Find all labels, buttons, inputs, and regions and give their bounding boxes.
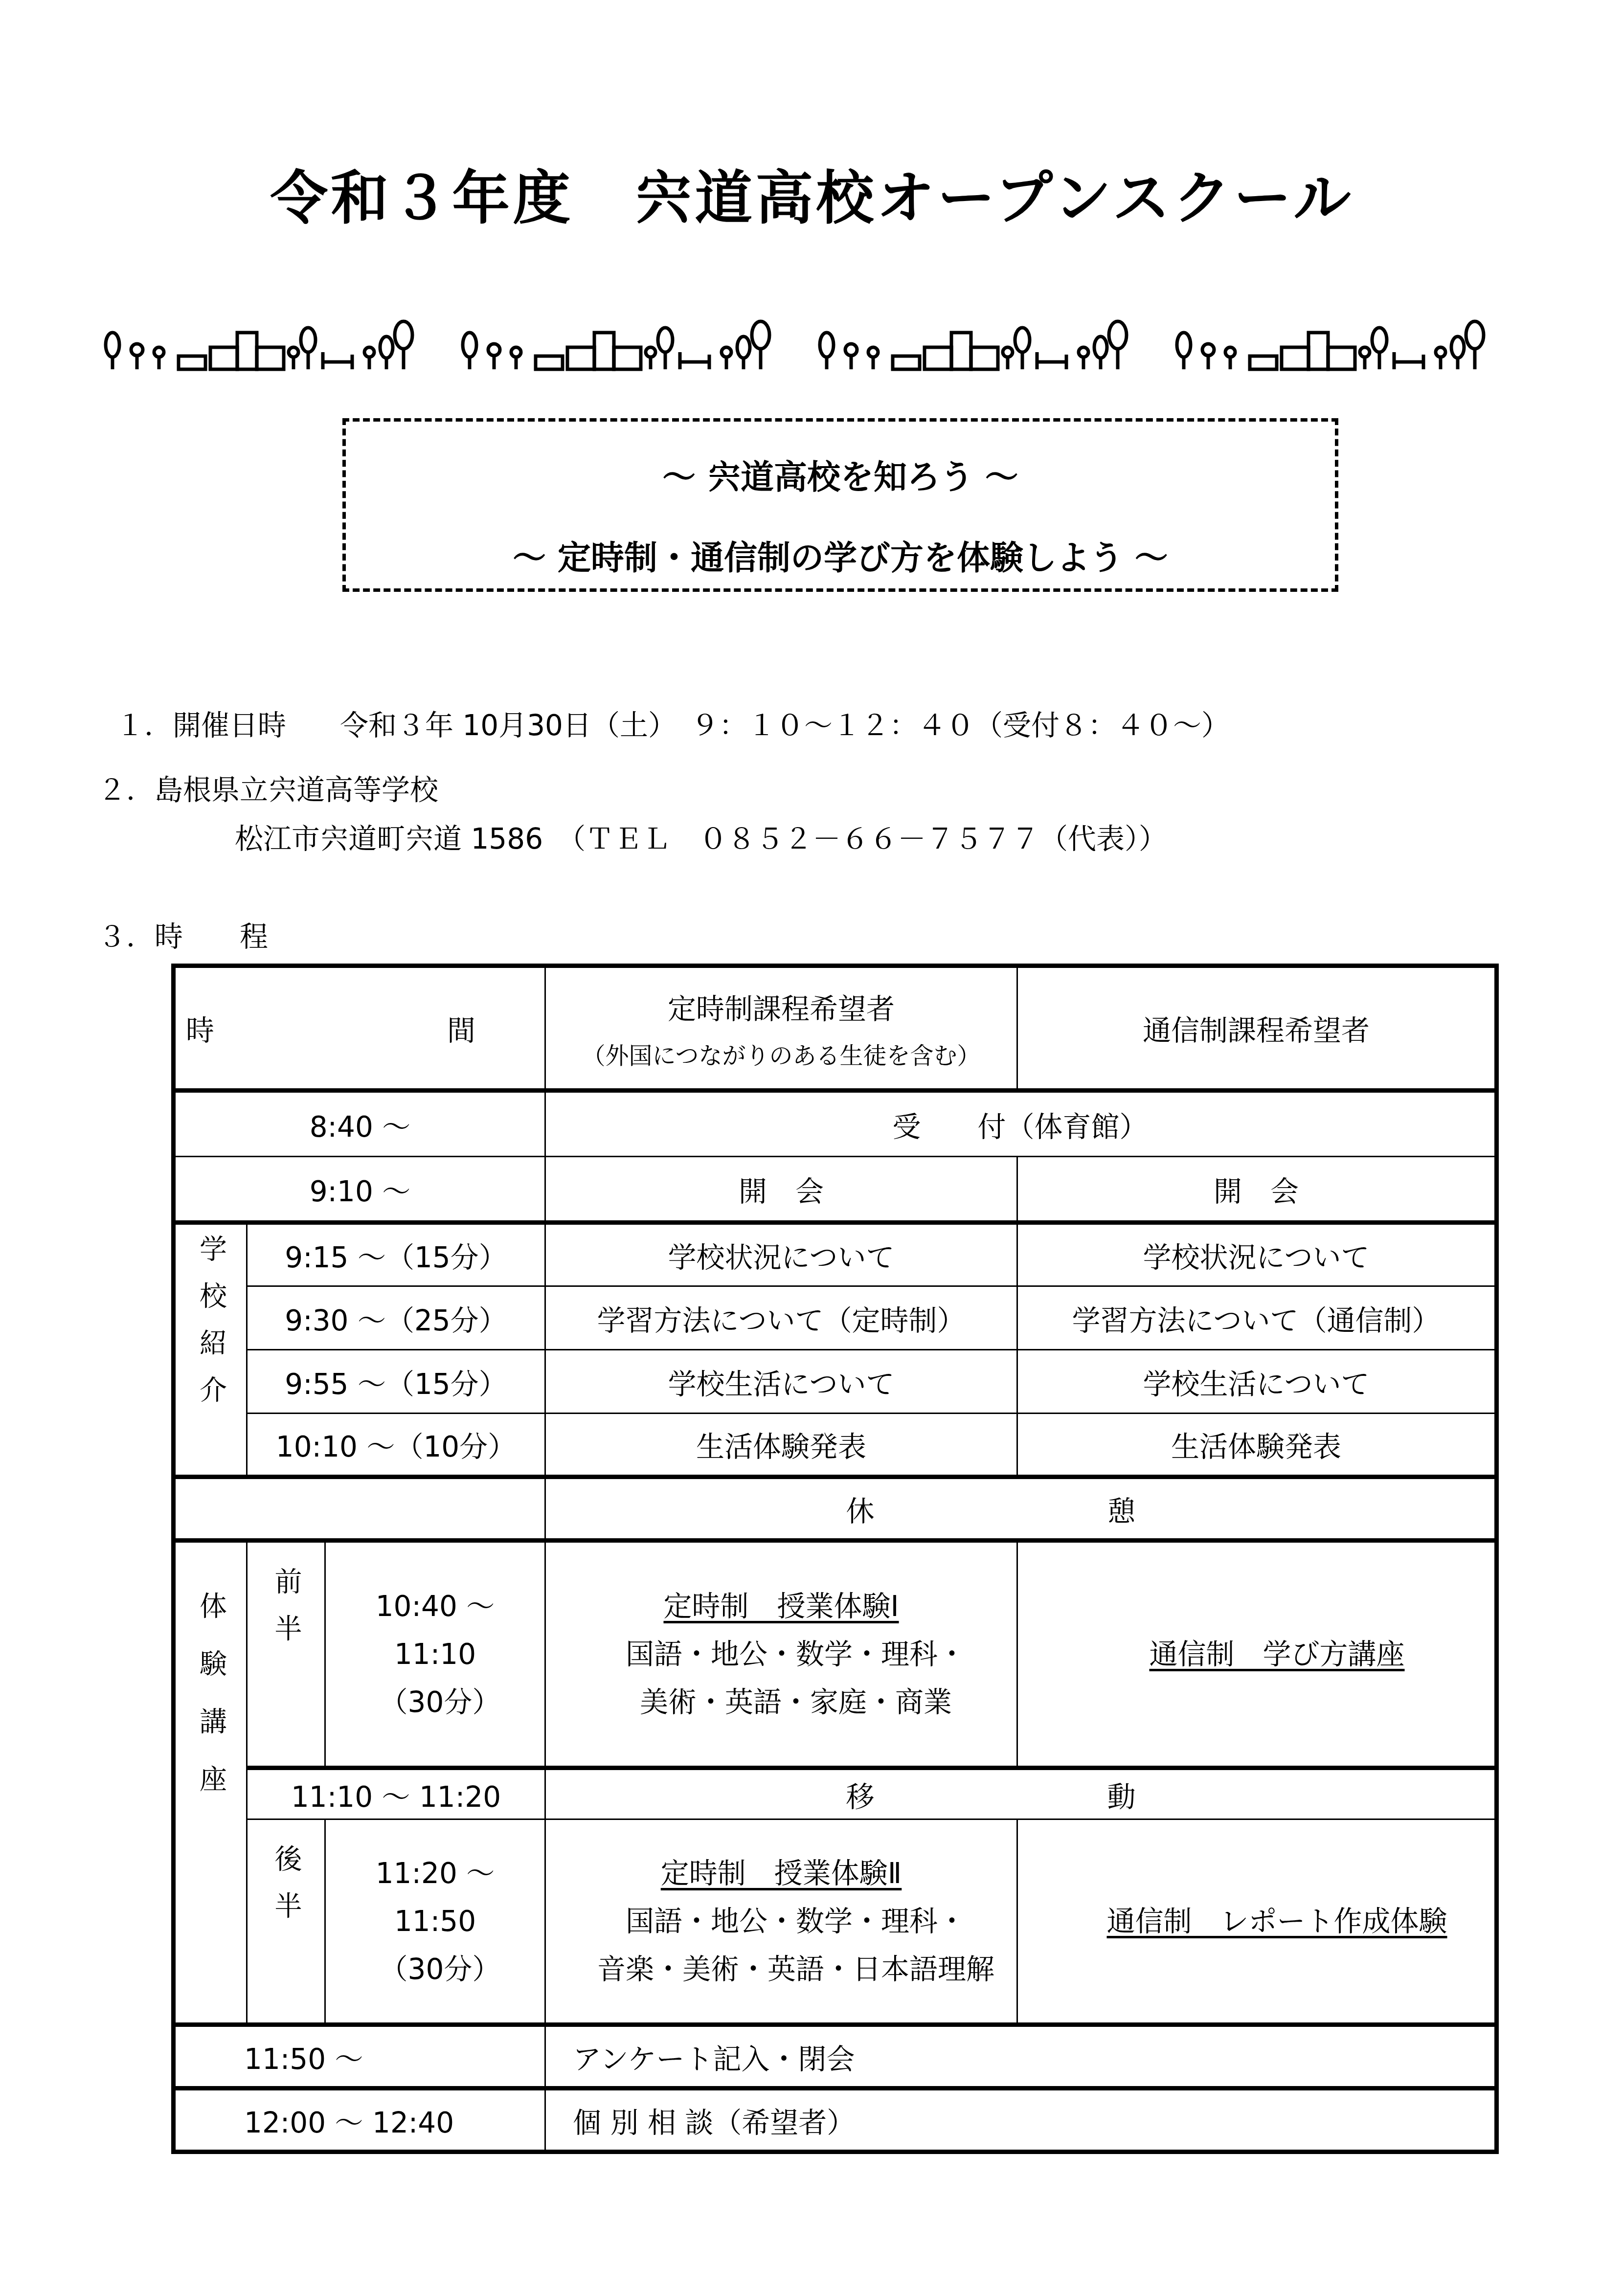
subtitle-line-2: ～ 定時制・通信制の学び方を体験しよう ～ [346, 532, 1335, 579]
intro-teijisei: 学校生活について [545, 1350, 1017, 1414]
intro-teijisei: 生活体験発表 [545, 1414, 1017, 1477]
intro-teijisei: 学習方法について（定時制） [545, 1286, 1017, 1350]
second-half-teijisei: 定時制 授業体験Ⅱ 国語・地公・数学・理科・ 音楽・美術・英語・日本語理解 [545, 1819, 1017, 2025]
opening-tsushinsei: 開 会 [1017, 1157, 1497, 1223]
first-half-time: 10:40 ～ 11:10 （30分） [325, 1541, 545, 1768]
table-row: 9:55 ～（15分） 学校生活について 学校生活について [174, 1350, 1497, 1414]
event-datetime: 令和３年 10月30日（土） ９：１０～１２：４０（受付８：４０～） [340, 709, 1230, 742]
first-half-tsushinsei: 通信制 学び方講座 [1017, 1541, 1497, 1768]
table-row: 9:30 ～（25分） 学習方法について（定時制） 学習方法について（通信制） [174, 1286, 1497, 1350]
intro-time: 10:10 ～（10分） [247, 1414, 545, 1477]
opening-teijisei: 開 会 [545, 1157, 1017, 1223]
table-header-row: 時 間 定時制課程希望者 （外国につながりのある生徒を含む） 通信制課程希望者 [174, 966, 1497, 1091]
closing-time: 11:50 ～ [174, 2025, 545, 2088]
intro-tsushinsei: 学校状況について [1017, 1223, 1497, 1286]
consultation-text: 個 別 相 談（希望者） [545, 2088, 1497, 2152]
reception-time: 8:40 ～ [174, 1091, 545, 1157]
school-and-trees-border-icon [98, 318, 1526, 372]
table-row: 学校紹介 9:15 ～（15分） 学校状況について 学校状況について [174, 1223, 1497, 1286]
header-teijisei: 定時制課程希望者 （外国につながりのある生徒を含む） [545, 966, 1017, 1091]
school-address: 松江市宍道町宍道 1586 （ＴＥＬ ０８５２－６６－７５７７（代表）） [235, 816, 1167, 857]
table-row: 9:10 ～ 開 会 開 会 [174, 1157, 1497, 1223]
closing-text: アンケート記入・閉会 [545, 2025, 1497, 2088]
section-1: １．開催日時令和３年 10月30日（土） ９：１０～１２：４０（受付８：４０～） [98, 669, 1230, 743]
first-half-teijisei: 定時制 授業体験Ⅰ 国語・地公・数学・理科・ 美術・英語・家庭・商業 [545, 1541, 1017, 1768]
intro-tsushinsei: 学校生活について [1017, 1350, 1497, 1414]
trial-label: 体験講座 [174, 1541, 247, 2025]
table-row: 後半 11:20 ～ 11:50 （30分） 定時制 授業体験Ⅱ 国語・地公・数… [174, 1819, 1497, 2025]
second-half-label: 後半 [247, 1819, 325, 2025]
move-text: 移 動 [545, 1768, 1497, 1819]
school-intro-label: 学校紹介 [174, 1223, 247, 1477]
first-half-label: 前半 [247, 1541, 325, 1768]
page-title: 令和３年度 宍道高校オープンスクール [0, 152, 1624, 235]
table-row: 10:10 ～（10分） 生活体験発表 生活体験発表 [174, 1414, 1497, 1477]
second-half-tsushinsei: 通信制 レポート作成体験 [1017, 1819, 1497, 2025]
intro-teijisei: 学校状況について [545, 1223, 1017, 1286]
opening-time: 9:10 ～ [174, 1157, 545, 1223]
intro-time: 9:15 ～（15分） [247, 1223, 545, 1286]
header-tsushinsei: 通信制課程希望者 [1017, 966, 1497, 1091]
section-3-label: ３．時 程 [98, 914, 268, 955]
move-time: 11:10 ～ 11:20 [247, 1768, 545, 1819]
intro-tsushinsei: 生活体験発表 [1017, 1414, 1497, 1477]
table-row: 体験講座 前半 10:40 ～ 11:10 （30分） 定時制 授業体験Ⅰ 国語… [174, 1541, 1497, 1768]
table-row: 12:00 ～ 12:40 個 別 相 談（希望者） [174, 2088, 1497, 2152]
reception-text: 受 付（体育館） [545, 1091, 1497, 1157]
break-time-empty [174, 1477, 545, 1541]
table-row: 11:50 ～ アンケート記入・閉会 [174, 2025, 1497, 2088]
break-text: 休 憩 [545, 1477, 1497, 1541]
subtitle-box: ～ 宍道高校を知ろう ～ ～ 定時制・通信制の学び方を体験しよう ～ [342, 418, 1338, 592]
table-row: 休 憩 [174, 1477, 1497, 1541]
section-1-label: １．開催日時 [116, 709, 286, 742]
header-time: 時 間 [174, 966, 545, 1091]
intro-time: 9:30 ～（25分） [247, 1286, 545, 1350]
second-half-time: 11:20 ～ 11:50 （30分） [325, 1819, 545, 2025]
subtitle-line-1: ～ 宍道高校を知ろう ～ [346, 451, 1335, 498]
intro-time: 9:55 ～（15分） [247, 1350, 545, 1414]
intro-tsushinsei: 学習方法について（通信制） [1017, 1286, 1497, 1350]
section-2-label: ２．島根県立宍道高等学校 [98, 767, 438, 808]
consultation-time: 12:00 ～ 12:40 [174, 2088, 545, 2152]
table-row: 11:10 ～ 11:20 移 動 [174, 1768, 1497, 1819]
table-row: 8:40 ～ 受 付（体育館） [174, 1091, 1497, 1157]
schedule-table: 時 間 定時制課程希望者 （外国につながりのある生徒を含む） 通信制課程希望者 … [171, 964, 1499, 2154]
